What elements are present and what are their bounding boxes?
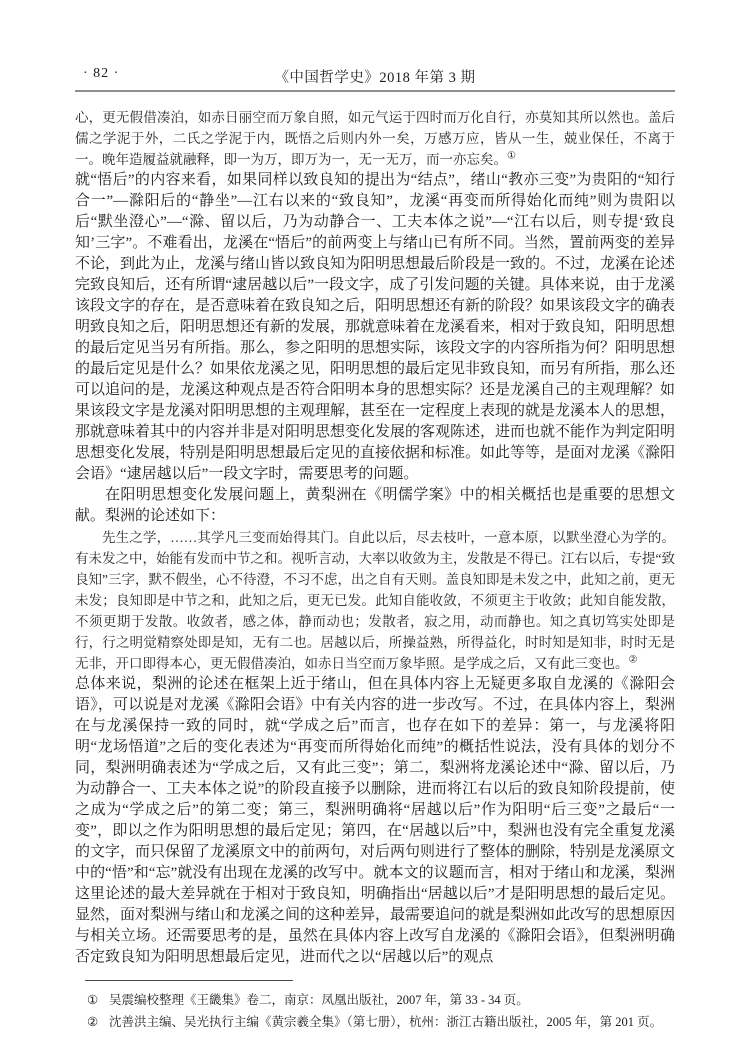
footnote-ref-1: ① (507, 151, 516, 162)
journal-page: · 82 · 《中国哲学史》2018 年第 3 期 心，更无假借凑泊，如赤日丽空… (0, 0, 750, 1060)
footnote-text-1: 吴震编校整理《王畿集》卷二，南京：凤凰出版社，2007 年，第 33 - 34 … (109, 989, 675, 1011)
footnote-item: ② 沈善洪主编、吴光执行主编《黄宗羲全集》（第七册），杭州：浙江古籍出版社，20… (75, 1011, 675, 1033)
block-quote-wang-ji: 心，更无假借凑泊，如赤日丽空而万象自照，如元气运于四时而万化自行，亦莫知其所以然… (75, 107, 675, 170)
paragraph-wuhou-discussion: 就“悟后”的内容来看，如果同样以致良知的提出为“结点”，绪山“教亦三变”为贵阳的… (75, 170, 675, 485)
footnote-marker-2: ② (75, 1011, 109, 1033)
block-quote-mingru-xuean: 先生之学，……其学凡三变而始得其门。自此以后，尽去枝叶，一意本原，以默坐澄心为学… (75, 527, 675, 674)
page-number: · 82 · (83, 66, 119, 82)
paragraph-overall-analysis: 总体来说，梨洲的论述在框架上近于绪山，但在具体内容上无疑更多取自龙溪的《滁阳会语… (75, 674, 675, 968)
footnotes-section: ① 吴震编校整理《王畿集》卷二，南京：凤凰出版社，2007 年，第 33 - 3… (75, 989, 675, 1033)
article-body: 心，更无假借凑泊，如赤日丽空而万象自照，如元气运于四时而万化自行，亦莫知其所以然… (75, 107, 675, 968)
footnote-text-2: 沈善洪主编、吴光执行主编《黄宗羲全集》（第七册），杭州：浙江古籍出版社，2005… (109, 1011, 675, 1033)
footnote-item: ① 吴震编校整理《王畿集》卷二，南京：凤凰出版社，2007 年，第 33 - 3… (75, 989, 675, 1011)
footnote-divider (85, 980, 293, 981)
journal-title: 《中国哲学史》2018 年第 3 期 (75, 66, 675, 87)
quote2-text: 先生之学，……其学凡三变而始得其门。自此以后，尽去枝叶，一意本原，以默坐澄心为学… (75, 530, 675, 671)
page-header: · 82 · 《中国哲学史》2018 年第 3 期 (75, 66, 675, 92)
quote1-text: 心，更无假借凑泊，如赤日丽空而万象自照，如元气运于四时而万化自行，亦莫知其所以然… (75, 110, 675, 167)
paragraph-lizhou-intro: 在阳明思想变化发展问题上，黄梨洲在《明儒学案》中的相关概括也是重要的思想文献。梨… (75, 485, 675, 527)
footnote-ref-2: ② (629, 655, 638, 666)
footnote-marker-1: ① (75, 989, 109, 1011)
